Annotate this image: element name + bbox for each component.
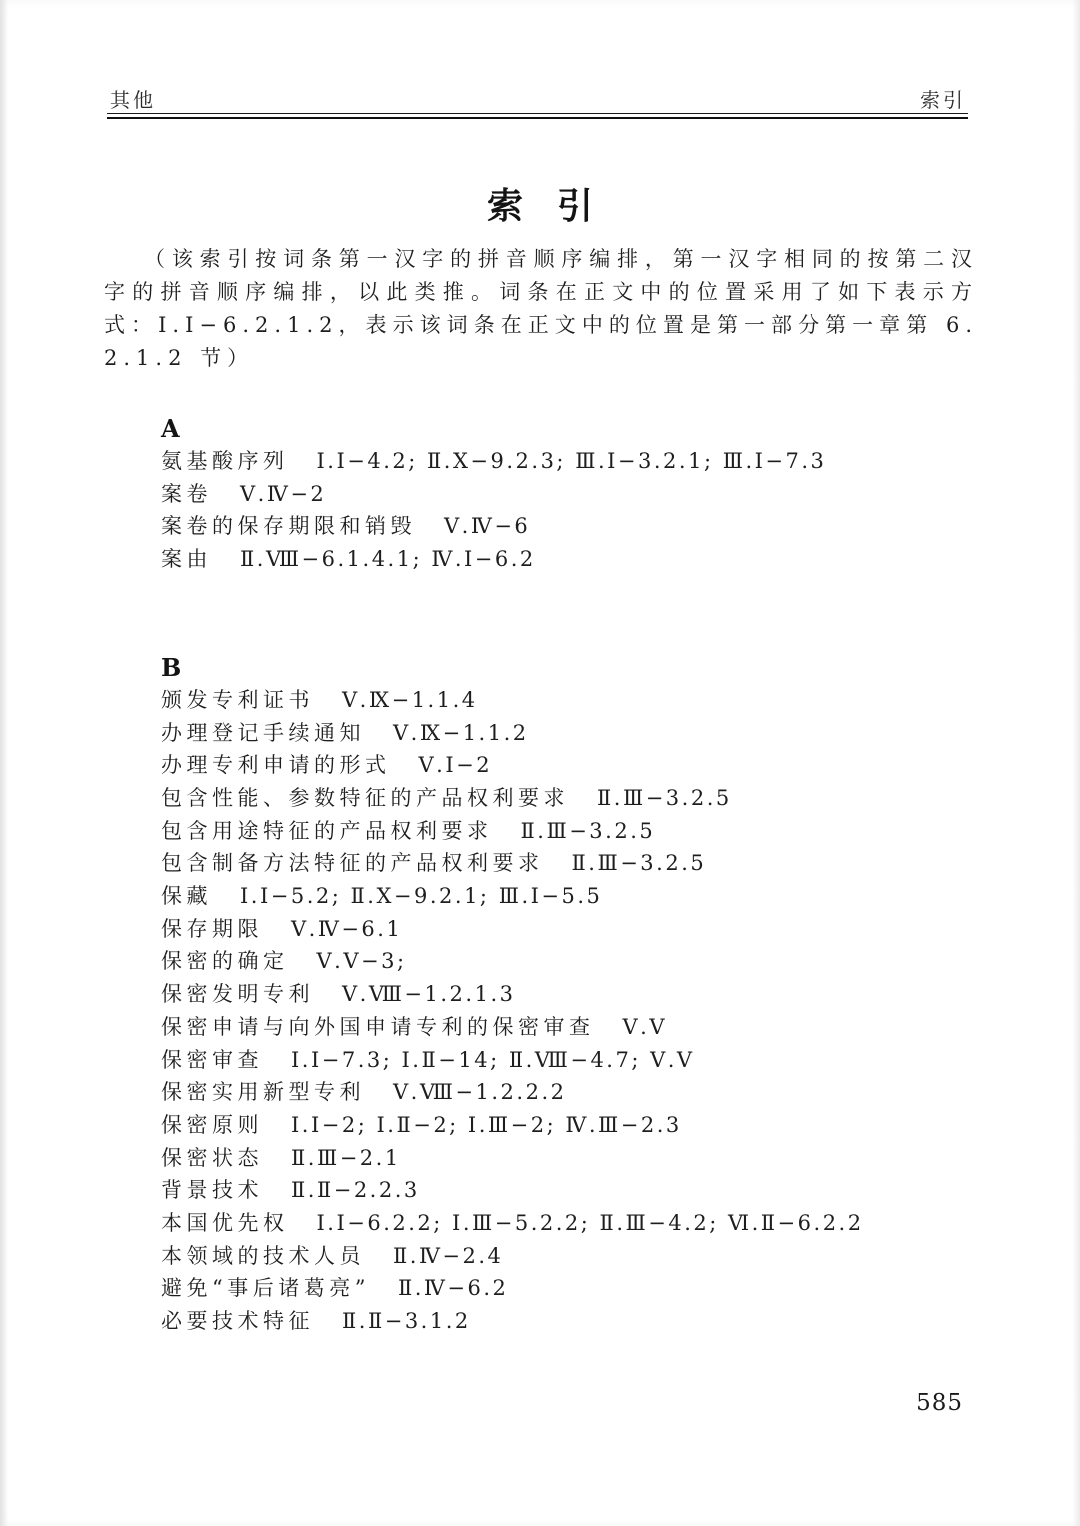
index-entry: 案由Ⅱ.Ⅷ−6.1.4.1; Ⅳ.Ⅰ−6.2 <box>161 543 981 576</box>
intro-note: （该索引按词条第一汉字的拼音顺序编排，第一汉字相同的按第二汉字的拼音顺序编排，以… <box>104 243 978 375</box>
index-entry-refs: Ⅱ.Ⅳ−2.4 <box>393 1244 503 1268</box>
index-entry-refs: Ⅴ.Ⅷ−1.2.1.3 <box>342 982 516 1006</box>
index-entry: 颁发专利证书Ⅴ.Ⅸ−1.1.4 <box>161 684 981 717</box>
index-entry-term: 保存期限 <box>161 917 263 941</box>
index-entry-list: 颁发专利证书Ⅴ.Ⅸ−1.1.4 办理登记手续通知Ⅴ.Ⅸ−1.1.2 办理专利申请… <box>161 684 981 1338</box>
index-entry: 保密实用新型专利Ⅴ.Ⅷ−1.2.2.2 <box>161 1076 981 1109</box>
index-entry: 氨基酸序列Ⅰ.Ⅰ−4.2; Ⅱ.Ⅹ−9.2.3; Ⅲ.Ⅰ−3.2.1; Ⅲ.Ⅰ−… <box>161 445 981 478</box>
index-letter-heading: B <box>161 651 981 684</box>
index-entry-term: 保密申请与向外国申请专利的保密审查 <box>161 1015 595 1039</box>
index-entry-refs: Ⅴ.Ⅴ−3; <box>317 949 407 973</box>
index-entry-term: 保密实用新型专利 <box>161 1080 365 1104</box>
running-head-right: 索引 <box>920 84 966 113</box>
index-entry: 本领域的技术人员Ⅱ.Ⅳ−2.4 <box>161 1240 981 1273</box>
index-entry: 保密状态Ⅱ.Ⅲ−2.1 <box>161 1142 981 1175</box>
index-entry-list: 氨基酸序列Ⅰ.Ⅰ−4.2; Ⅱ.Ⅹ−9.2.3; Ⅲ.Ⅰ−3.2.1; Ⅲ.Ⅰ−… <box>161 445 981 576</box>
index-entry-refs: Ⅴ.Ⅸ−1.1.2 <box>393 721 529 745</box>
page-number: 585 <box>916 1390 963 1416</box>
index-entry-refs: Ⅱ.Ⅱ−3.1.2 <box>342 1309 471 1333</box>
index-entry-refs: Ⅱ.Ⅳ−6.2 <box>398 1276 508 1300</box>
index-entry-refs: Ⅱ.Ⅱ−2.2.3 <box>291 1178 420 1202</box>
index-entry: 保密原则Ⅰ.Ⅰ−2; Ⅰ.Ⅱ−2; Ⅰ.Ⅲ−2; Ⅳ.Ⅲ−2.3 <box>161 1109 981 1142</box>
index-entry: 保密审查Ⅰ.Ⅰ−7.3; Ⅰ.Ⅱ−14; Ⅱ.Ⅷ−4.7; Ⅴ.Ⅴ <box>161 1044 981 1077</box>
index-entry: 包含用途特征的产品权利要求Ⅱ.Ⅲ−3.2.5 <box>161 815 981 848</box>
index-entry: 避免“事后诸葛亮”Ⅱ.Ⅳ−6.2 <box>161 1272 981 1305</box>
index-entry-refs: Ⅰ.Ⅰ−2; Ⅰ.Ⅱ−2; Ⅰ.Ⅲ−2; Ⅳ.Ⅲ−2.3 <box>291 1113 682 1137</box>
index-entry: 保密申请与向外国申请专利的保密审查Ⅴ.Ⅴ <box>161 1011 981 1044</box>
index-entry-term: 包含用途特征的产品权利要求 <box>161 819 493 843</box>
index-entry: 包含制备方法特征的产品权利要求Ⅱ.Ⅲ−3.2.5 <box>161 847 981 880</box>
index-entry-refs: Ⅴ.Ⅳ−6.1 <box>291 917 402 941</box>
index-entry-refs: Ⅱ.Ⅲ−3.2.5 <box>597 786 732 810</box>
index-entry-term: 办理登记手续通知 <box>161 721 365 745</box>
header-rule <box>107 113 968 119</box>
index-entry-term: 保密状态 <box>161 1146 263 1170</box>
index-entry-term: 案由 <box>161 547 212 571</box>
index-entry-term: 保密审查 <box>161 1048 263 1072</box>
index-entry-refs: Ⅰ.Ⅰ−4.2; Ⅱ.Ⅹ−9.2.3; Ⅲ.Ⅰ−3.2.1; Ⅲ.Ⅰ−7.3 <box>317 449 827 473</box>
index-body: A 氨基酸序列Ⅰ.Ⅰ−4.2; Ⅱ.Ⅹ−9.2.3; Ⅲ.Ⅰ−3.2.1; Ⅲ.… <box>161 412 981 1338</box>
index-entry-term: 保密原则 <box>161 1113 263 1137</box>
index-entry-term: 颁发专利证书 <box>161 688 314 712</box>
index-entry: 保藏Ⅰ.Ⅰ−5.2; Ⅱ.Ⅹ−9.2.1; Ⅲ.Ⅰ−5.5 <box>161 880 981 913</box>
index-entry-term: 包含制备方法特征的产品权利要求 <box>161 851 544 875</box>
index-entry: 必要技术特征Ⅱ.Ⅱ−3.1.2 <box>161 1305 981 1338</box>
index-entry: 办理登记手续通知Ⅴ.Ⅸ−1.1.2 <box>161 717 981 750</box>
index-entry-term: 包含性能、参数特征的产品权利要求 <box>161 786 569 810</box>
index-entry-refs: Ⅱ.Ⅲ−3.2.5 <box>521 819 656 843</box>
index-entry: 案卷Ⅴ.Ⅳ−2 <box>161 478 981 511</box>
index-entry-term: 避免“事后诸葛亮” <box>161 1276 370 1300</box>
running-head-left: 其他 <box>110 84 156 113</box>
index-entry: 保密发明专利Ⅴ.Ⅷ−1.2.1.3 <box>161 978 981 1011</box>
index-entry-term: 氨基酸序列 <box>161 449 289 473</box>
index-entry-term: 本国优先权 <box>161 1211 289 1235</box>
index-entry-term: 案卷 <box>161 482 212 506</box>
index-entry: 包含性能、参数特征的产品权利要求Ⅱ.Ⅲ−3.2.5 <box>161 782 981 815</box>
index-entry-refs: Ⅴ.Ⅳ−6 <box>444 514 530 538</box>
index-entry-term: 保藏 <box>161 884 212 908</box>
index-entry-refs: Ⅱ.Ⅲ−3.2.5 <box>572 851 707 875</box>
index-entry-refs: Ⅰ.Ⅰ−5.2; Ⅱ.Ⅹ−9.2.1; Ⅲ.Ⅰ−5.5 <box>240 884 602 908</box>
index-entry-term: 保密发明专利 <box>161 982 314 1006</box>
index-section: A 氨基酸序列Ⅰ.Ⅰ−4.2; Ⅱ.Ⅹ−9.2.3; Ⅲ.Ⅰ−3.2.1; Ⅲ.… <box>161 412 981 576</box>
index-entry-refs: Ⅴ.Ⅸ−1.1.4 <box>342 688 478 712</box>
index-entry: 办理专利申请的形式Ⅴ.Ⅰ−2 <box>161 749 981 782</box>
index-entry-refs: Ⅰ.Ⅰ−7.3; Ⅰ.Ⅱ−14; Ⅱ.Ⅷ−4.7; Ⅴ.Ⅴ <box>291 1048 695 1072</box>
index-entry-refs: Ⅴ.Ⅰ−2 <box>419 753 493 777</box>
index-entry-refs: Ⅱ.Ⅷ−6.1.4.1; Ⅳ.Ⅰ−6.2 <box>240 547 536 571</box>
index-entry: 保密的确定Ⅴ.Ⅴ−3; <box>161 945 981 978</box>
running-head: 其他 索引 <box>110 84 966 113</box>
index-entry-refs: Ⅱ.Ⅲ−2.1 <box>291 1146 401 1170</box>
index-entry: 案卷的保存期限和销毁Ⅴ.Ⅳ−6 <box>161 510 981 543</box>
index-entry-refs: Ⅴ.Ⅴ <box>623 1015 668 1039</box>
index-entry-term: 本领域的技术人员 <box>161 1244 365 1268</box>
index-entry-term: 保密的确定 <box>161 949 289 973</box>
page-title: 索引 <box>0 178 1080 229</box>
index-entry-term: 办理专利申请的形式 <box>161 753 391 777</box>
index-entry-term: 背景技术 <box>161 1178 263 1202</box>
index-entry-term: 案卷的保存期限和销毁 <box>161 514 416 538</box>
index-entry-refs: Ⅴ.Ⅳ−2 <box>240 482 326 506</box>
index-entry: 本国优先权Ⅰ.Ⅰ−6.2.2; Ⅰ.Ⅲ−5.2.2; Ⅱ.Ⅲ−4.2; Ⅵ.Ⅱ−… <box>161 1207 981 1240</box>
index-entry: 背景技术Ⅱ.Ⅱ−2.2.3 <box>161 1174 981 1207</box>
document-page: 其他 索引 索引 （该索引按词条第一汉字的拼音顺序编排，第一汉字相同的按第二汉字… <box>0 0 1080 1526</box>
index-entry-term: 必要技术特征 <box>161 1309 314 1333</box>
index-entry: 保存期限Ⅴ.Ⅳ−6.1 <box>161 913 981 946</box>
index-entry-refs: Ⅰ.Ⅰ−6.2.2; Ⅰ.Ⅲ−5.2.2; Ⅱ.Ⅲ−4.2; Ⅵ.Ⅱ−6.2.2 <box>317 1211 864 1235</box>
index-section: B 颁发专利证书Ⅴ.Ⅸ−1.1.4 办理登记手续通知Ⅴ.Ⅸ−1.1.2 办理专利… <box>161 651 981 1338</box>
index-entry-refs: Ⅴ.Ⅷ−1.2.2.2 <box>393 1080 567 1104</box>
index-letter-heading: A <box>161 412 981 445</box>
